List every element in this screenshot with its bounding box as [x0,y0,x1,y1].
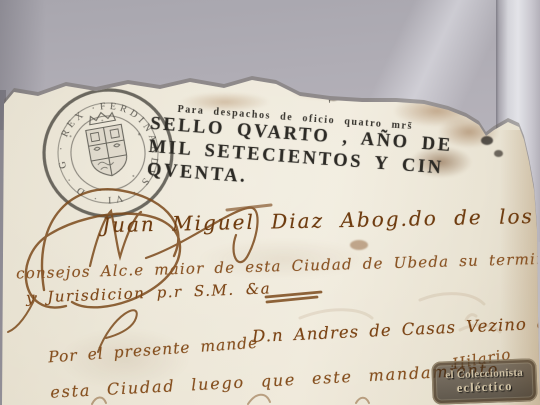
double-rule [266,292,321,302]
collector-watermark: el Coleccionista ecléctico [431,358,537,405]
photo-antique-document: FERDINANDVS · VI · D · G · REX · [0,0,540,405]
watermark-line-2: ecléctico [457,379,513,396]
